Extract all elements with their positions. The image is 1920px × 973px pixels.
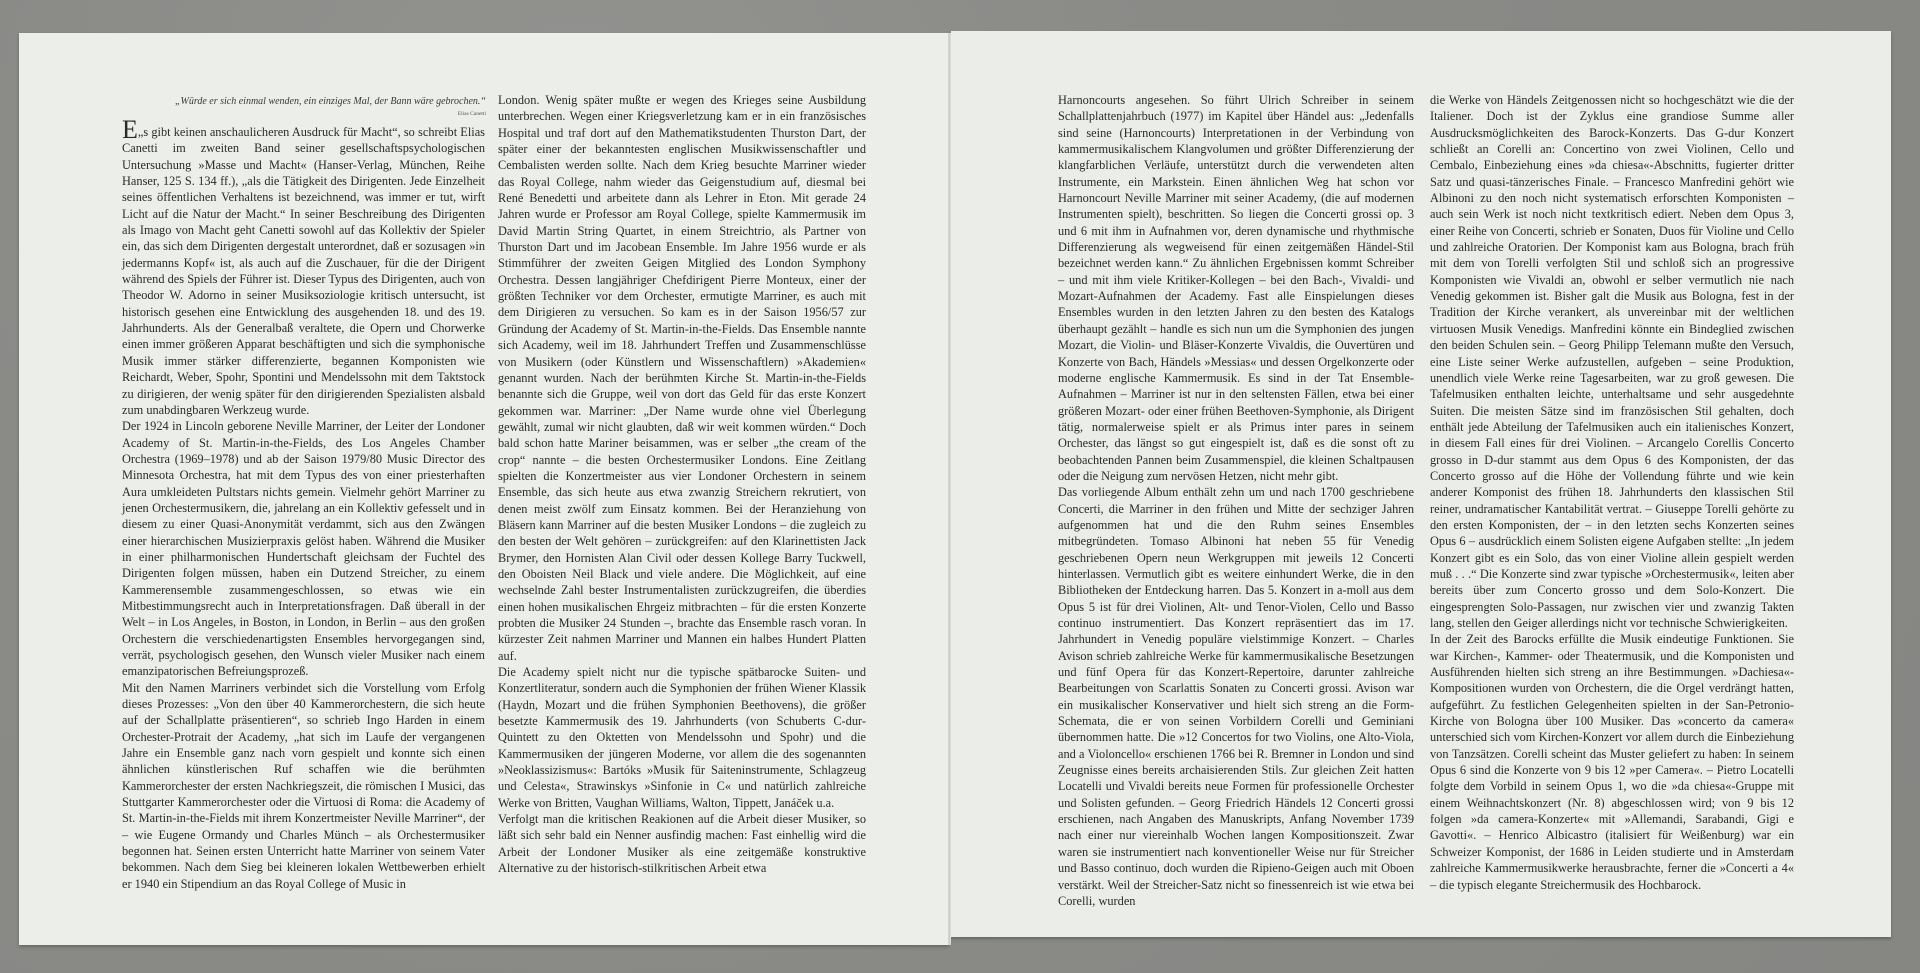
paragraph: London. Wenig später mußte er wegen des … (498, 92, 866, 664)
paragraph: Mit den Namen Marriners verbindet sich d… (122, 680, 485, 892)
gatefold-crease (948, 33, 951, 945)
paragraph: Das vorliegende Album enthält zehn um un… (1058, 484, 1414, 909)
paragraph: die Werke von Händels Zeitgenossen nicht… (1430, 92, 1794, 631)
paragraph: E„s gibt keinen anschaulicheren Ausdruck… (122, 122, 485, 418)
column-1: E„s gibt keinen anschaulicheren Ausdruck… (122, 122, 485, 892)
column-2: London. Wenig später mußte er wegen des … (498, 92, 866, 877)
paragraph: Die Academy spielt nicht nur die typisch… (498, 664, 866, 811)
drop-cap: E (122, 115, 138, 144)
paragraph: In der Zeit des Barocks erfüllte die Mus… (1430, 631, 1794, 893)
paragraph: Verfolgt man die kritischen Reakionen au… (498, 811, 866, 876)
paragraph: Harnoncourts angesehen. So führt Ulrich … (1058, 92, 1414, 484)
motto-attribution: Elias Canetti (380, 111, 486, 117)
paragraph: Der 1924 in Lincoln geborene Neville Mar… (122, 418, 485, 680)
column-3: Harnoncourts angesehen. So führt Ulrich … (1058, 92, 1414, 909)
motto-quote: „Würde er sich einmal wenden, ein einzig… (170, 96, 486, 107)
column-4: die Werke von Händels Zeitgenossen nicht… (1430, 92, 1794, 893)
author-initials: J.R. (1785, 849, 1794, 855)
